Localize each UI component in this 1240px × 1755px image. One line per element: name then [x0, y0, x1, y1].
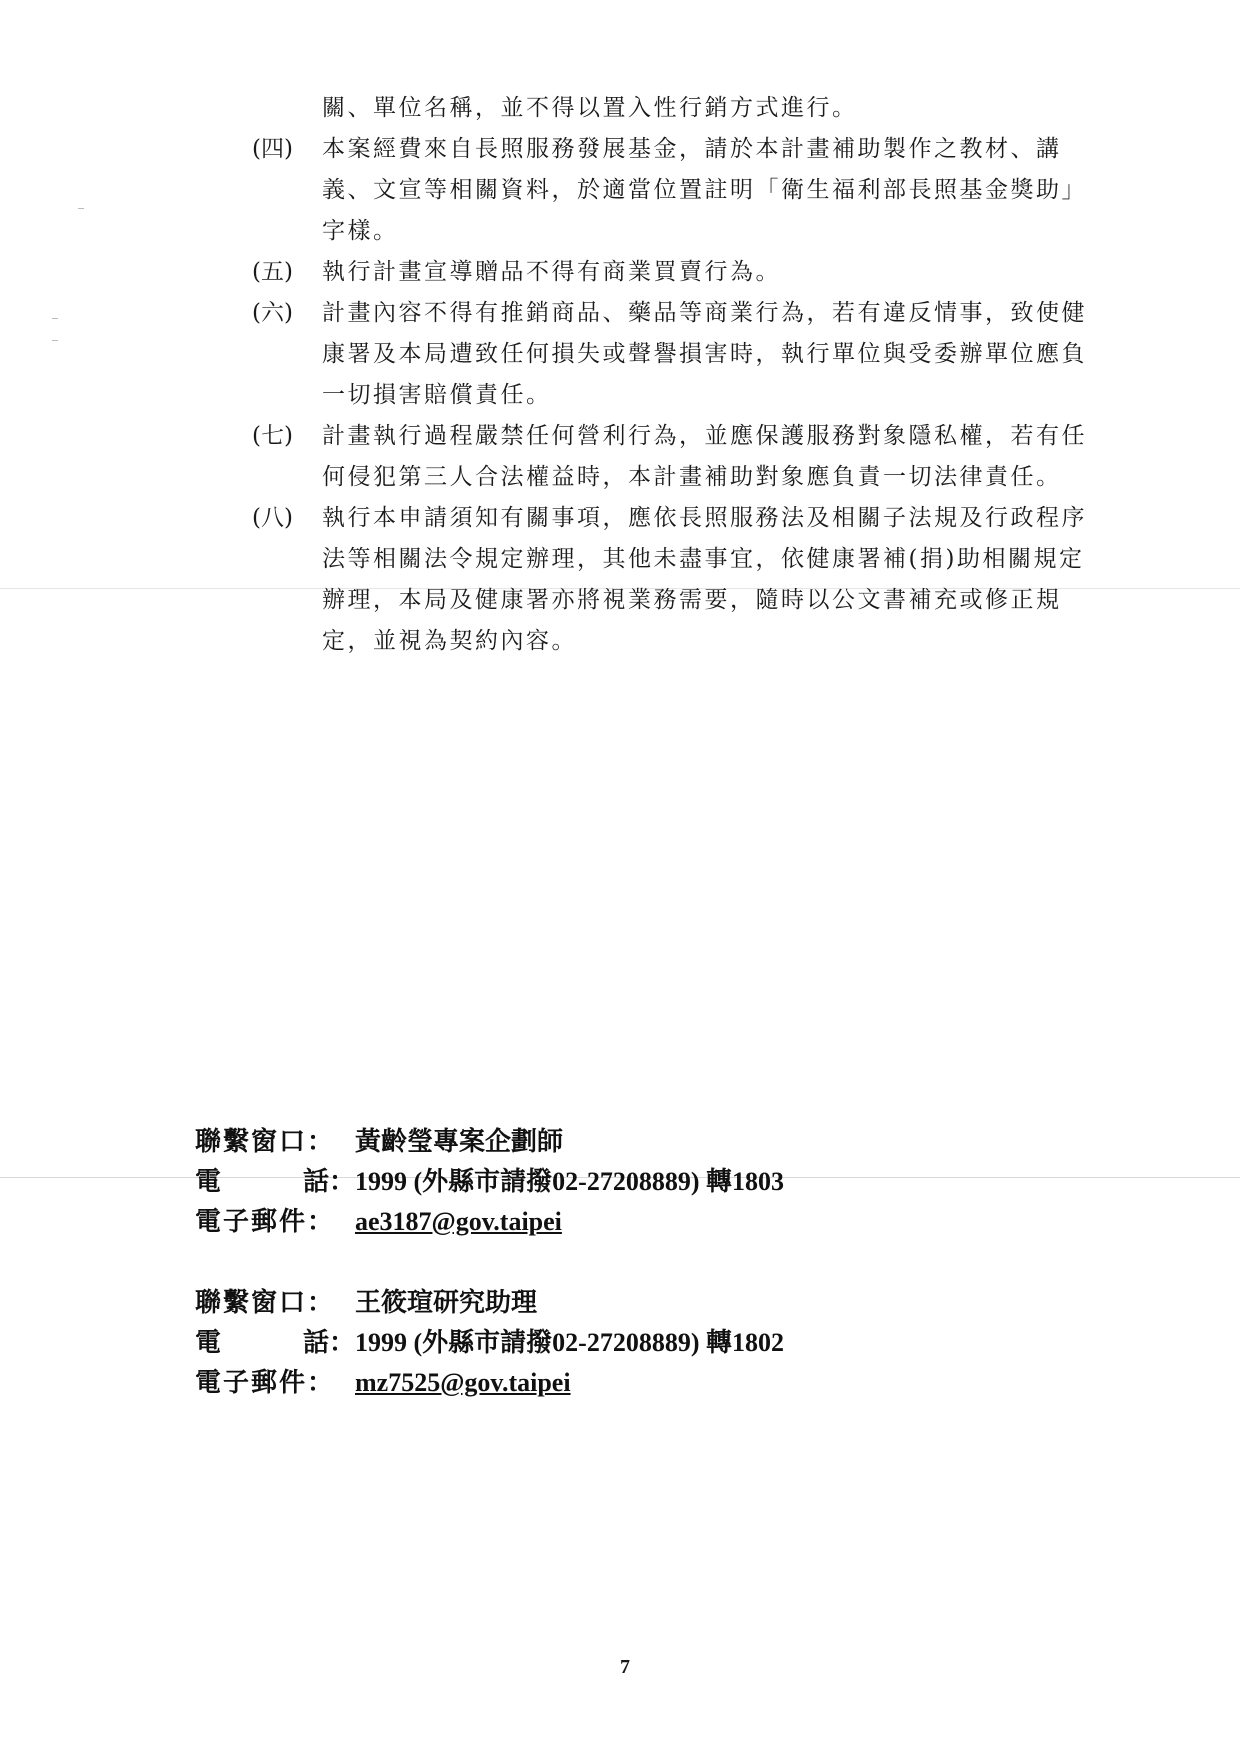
phone-label-a: 電 [195, 1328, 221, 1358]
scan-speck [78, 208, 84, 209]
clause-5: (五)執行計畫宣導贈品不得有商業買賣行為。 [252, 252, 1112, 293]
clause-line: 計畫內容不得有推銷商品、藥品等商業行為，若有違反情事，致使健 [322, 300, 1087, 326]
email-link[interactable]: mz7525@gov.taipei [355, 1368, 571, 1397]
scan-speck [52, 340, 58, 341]
email-link[interactable]: ae3187@gov.taipei [355, 1207, 562, 1236]
email-row: 電子郵件：ae3187@gov.taipei [195, 1202, 784, 1242]
contact-block-2: 聯繫窗口：王筱瑄研究助理 電話：1999 (外縣市請撥02-27208889) … [195, 1283, 784, 1403]
email-label: 電子郵件： [195, 1202, 355, 1242]
clause-line: 康署及本局遭致任何損失或聲譽損害時，執行單位與受委辦單位應負 [252, 334, 1112, 375]
clause-number: (八) [252, 498, 322, 539]
contact-window-row: 聯繫窗口：王筱瑄研究助理 [195, 1283, 784, 1323]
clause-continuation: 關、單位名稱，並不得以置入性行銷方式進行。 [252, 88, 1112, 129]
contact-label: 聯繫窗口： [195, 1122, 355, 1162]
page-number: 7 [620, 1656, 630, 1679]
contact-name: 王筱瑄研究助理 [355, 1288, 537, 1318]
clause-line: 關、單位名稱，並不得以置入性行銷方式進行。 [252, 88, 1112, 129]
email-row: 電子郵件：mz7525@gov.taipei [195, 1363, 784, 1403]
clause-line: 一切損害賠償責任。 [252, 375, 1112, 416]
clause-line: 辦理，本局及健康署亦將視業務需要，隨時以公文書補充或修正規 [252, 580, 1112, 621]
clause-line: 執行計畫宣導贈品不得有商業買賣行為。 [322, 259, 781, 285]
clause-number: (七) [252, 416, 322, 457]
phone-label-a: 電 [195, 1167, 221, 1197]
contact-label: 聯繫窗口： [195, 1283, 355, 1323]
clause-6: (六)計畫內容不得有推銷商品、藥品等商業行為，若有違反情事，致使健 康署及本局遭… [252, 293, 1112, 416]
contact-window-row: 聯繫窗口：黃齡瑩專案企劃師 [195, 1122, 784, 1162]
clause-number: (六) [252, 293, 322, 334]
clause-line: 執行本申請須知有關事項，應依長照服務法及相關子法規及行政程序 [322, 505, 1087, 531]
phone-label: 電話： [195, 1162, 355, 1202]
clause-line: 法等相關法令規定辦理，其他未盡事宜，依健康署補(捐)助相關規定 [252, 539, 1112, 580]
clause-line: 本案經費來自長照服務發展基金，請於本計畫補助製作之教材、講 [322, 136, 1062, 162]
clause-number: (四) [252, 129, 322, 170]
scan-speck [52, 318, 58, 319]
contact-block-1: 聯繫窗口：黃齡瑩專案企劃師 電話：1999 (外縣市請撥02-27208889)… [195, 1122, 784, 1242]
clause-line: 何侵犯第三人合法權益時，本計畫補助對象應負責一切法律責任。 [252, 457, 1112, 498]
phone-value: 1999 (外縣市請撥02-27208889) 轉1802 [355, 1328, 784, 1357]
phone-label-b: 話： [303, 1328, 355, 1358]
clause-8: (八)執行本申請須知有關事項，應依長照服務法及相關子法規及行政程序 法等相關法令… [252, 498, 1112, 662]
clause-list: 關、單位名稱，並不得以置入性行銷方式進行。 (四)本案經費來自長照服務發展基金，… [252, 88, 1112, 662]
clause-line: 字樣。 [252, 211, 1112, 252]
phone-value: 1999 (外縣市請撥02-27208889) 轉1803 [355, 1167, 784, 1196]
phone-row: 電話：1999 (外縣市請撥02-27208889) 轉1802 [195, 1323, 784, 1363]
clause-line: 計畫執行過程嚴禁任何營利行為，並應保護服務對象隱私權，若有任 [322, 423, 1087, 449]
clause-line: 定，並視為契約內容。 [252, 621, 1112, 662]
phone-row: 電話：1999 (外縣市請撥02-27208889) 轉1803 [195, 1162, 784, 1202]
clause-7: (七)計畫執行過程嚴禁任何營利行為，並應保護服務對象隱私權，若有任 何侵犯第三人… [252, 416, 1112, 498]
clause-4: (四)本案經費來自長照服務發展基金，請於本計畫補助製作之教材、講 義、文宣等相關… [252, 129, 1112, 252]
contact-name: 黃齡瑩專案企劃師 [355, 1127, 563, 1157]
clause-line: 義、文宣等相關資料，於適當位置註明「衛生福利部長照基金獎助」 [252, 170, 1112, 211]
phone-label: 電話： [195, 1323, 355, 1363]
clause-number: (五) [252, 252, 322, 293]
email-label: 電子郵件： [195, 1363, 355, 1403]
phone-label-b: 話： [303, 1167, 355, 1197]
